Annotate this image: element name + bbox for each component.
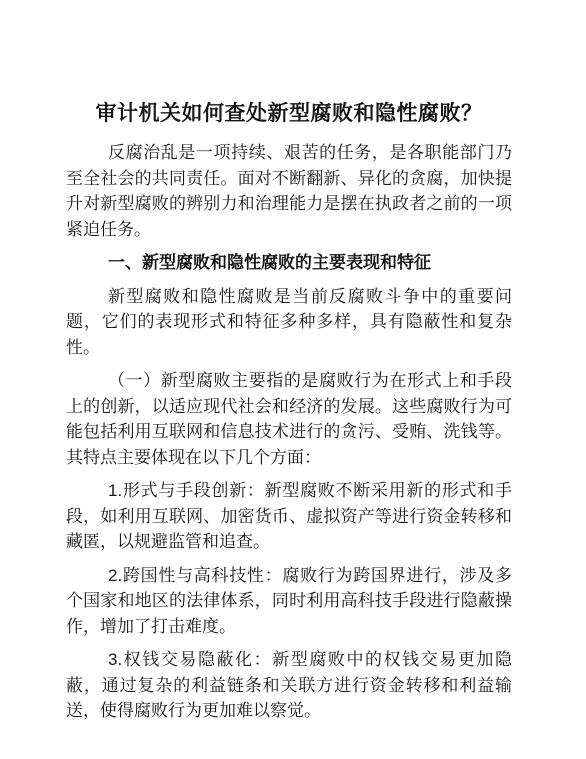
- paragraph-point-2: 2.跨国性与高科技性：腐败行为跨国界进行，涉及多个国家和地区的法律体系，同时利用…: [66, 563, 512, 640]
- paragraph-point-3: 3.权钱交易隐蔽化：新型腐败中的权钱交易更加隐蔽，通过复杂的利益链条和关联方进行…: [66, 647, 512, 724]
- paragraph-definition: （一）新型腐败主要指的是腐败行为在形式上和手段上的创新，以适应现代社会和经济的发…: [66, 368, 512, 470]
- section-heading-1: 一、新型腐败和隐性腐败的主要表现和特征: [66, 250, 512, 276]
- document-page: 审计机关如何查处新型腐败和隐性腐败？ 反腐治乱是一项持续、艰苦的任务，是各职能部…: [0, 0, 586, 759]
- document-title: 审计机关如何查处新型腐败和隐性腐败？: [66, 99, 512, 128]
- intro-paragraph: 反腐治乱是一项持续、艰苦的任务，是各职能部门乃至全社会的共同责任。面对不断翻新、…: [66, 140, 512, 242]
- paragraph-point-1: 1.形式与手段创新：新型腐败不断采用新的形式和手段，如利用互联网、加密货币、虚拟…: [66, 478, 512, 555]
- paragraph-overview: 新型腐败和隐性腐败是当前反腐败斗争中的重要问题，它们的表现形式和特征多种多样，具…: [66, 284, 512, 361]
